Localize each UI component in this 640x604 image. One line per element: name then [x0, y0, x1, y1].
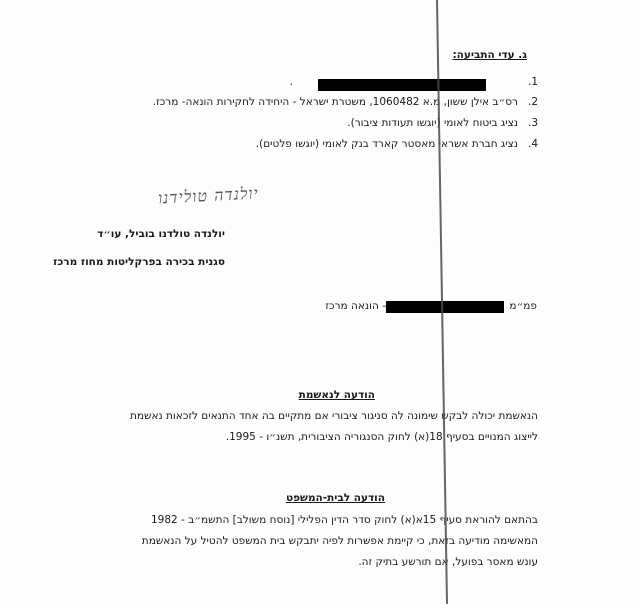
witness-item-4: 4.נציג חברת אשראי מאסטר קארד בנק לאומי (… [256, 138, 538, 150]
redaction-bar-witness-1 [318, 79, 486, 91]
witness-number: 2. [518, 96, 538, 108]
notice-to-court-line-3: עונש מאסר בפועל, אם תורשע בתיק זה. [358, 556, 538, 568]
signer-title: סגנית בכירה בפרקליטות מחוז מרכז [53, 256, 225, 268]
notice-to-accused-line-2: לייצוג המנויים בסעיף 18(א) לחוק הסנגוריה… [226, 431, 538, 443]
notice-to-accused-heading: הודעה לנאשמת [299, 389, 375, 401]
notice-to-court-heading: הודעה לבית-המשפט [286, 492, 385, 504]
witness-text: נציג חברת אשראי מאסטר קארד בנק לאומי (יו… [256, 138, 518, 150]
notice-to-court-line-1: בהתאם להוראת סעיף 15א(א) לחוק סדר הדין ה… [151, 514, 538, 526]
witness-text: נציג ביטוח לאומי (יוגשו תעודות ציבור). [347, 117, 518, 129]
witness-item-3: 3.נציג ביטוח לאומי (יוגשו תעודות ציבור). [347, 117, 538, 129]
witness-number: 4. [518, 138, 538, 150]
handwritten-signature: יולנדה טולידנו [158, 183, 260, 208]
witness-item-2: 2.רס״ב אילן ששון, מ.א 1060482, משטרת ישר… [153, 96, 538, 108]
witness-number: 3. [518, 117, 538, 129]
witness-text: . [290, 76, 293, 88]
witness-text: רס״ב אילן ששון, מ.א 1060482, משטרת ישראל… [153, 96, 518, 108]
witness-number: 1. [518, 76, 538, 88]
scanned-document-page: ג. עדי התביעה: 1.. 2.רס״ב אילן ששון, מ.א… [0, 0, 640, 604]
notice-to-accused-line-1: הנאשמת יכולה לבקש שימונה לה סניגור ציבור… [130, 410, 538, 422]
file-reference-suffix: – הונאה מרכז [325, 300, 387, 312]
notice-to-court-line-2: המאשימה מודיעה בזאת, כי קיימת אפשרות לפי… [142, 535, 538, 547]
signer-name: יולנדה טולדנו בוביל, עו״ד [97, 228, 225, 240]
redaction-bar-file-number [386, 301, 504, 313]
section-title-prosecution-witnesses: ג. עדי התביעה: [452, 49, 527, 61]
file-reference-prefix: פמ״מ [509, 300, 537, 312]
